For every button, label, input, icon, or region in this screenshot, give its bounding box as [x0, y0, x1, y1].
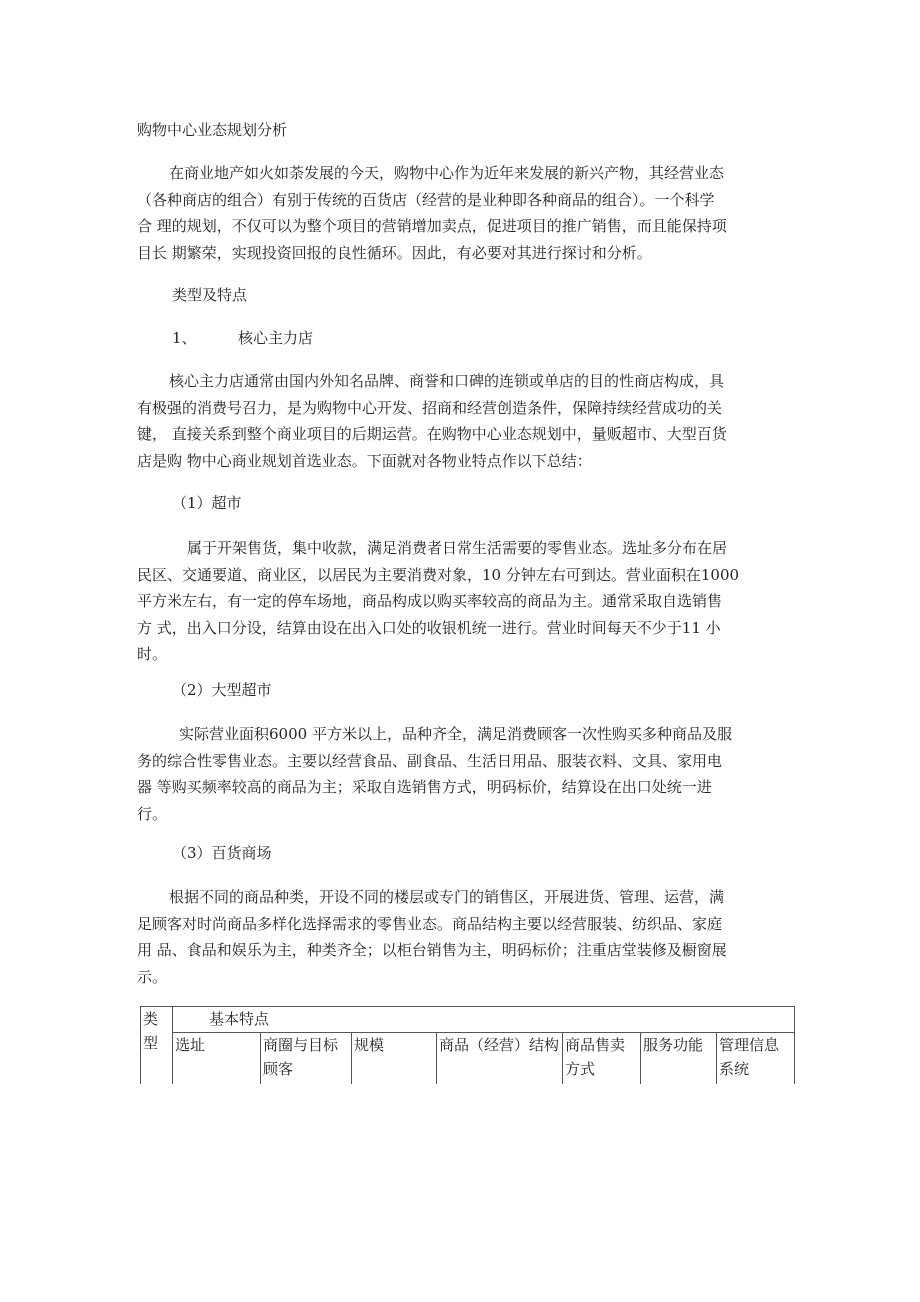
core-store-paragraph: 核心主力店通常由国内外知名品牌、商誉和口碑的连锁或单店的目的性商店构成，具 有极… — [137, 368, 787, 474]
column-header: 商品（经营）结构 — [437, 1032, 563, 1087]
text-line: 用 品、食品和娱乐为主，种类齐全；以柜台销售为主，明码标价；注重店堂装修及橱窗展 — [137, 937, 787, 964]
text-line: 合 理的规划，不仅可以为整个项目的营销增加卖点，促进项目的推广销售，而且能保持项 — [137, 213, 787, 240]
features-table: 类型 基本特点 选址 商圈与目标顾客 规模 商品（经营）结构 商品售卖方式 服务… — [140, 1006, 795, 1088]
subsection-number: 1、 — [172, 325, 197, 351]
column-header: 规模 — [352, 1032, 437, 1087]
text-line: 务的综合性零售业态。主要以经营食品、副食品、生活日用品、服装衣料、文具、家用电 — [137, 748, 787, 775]
text-line: 有极强的消费号召力，是为购物中心开发、招商和经营创造条件，保障持续经营成功的关 — [137, 395, 787, 422]
text-line: 店是购 物中心商业规划首选业态。下面就对各物业特点作以下总结： — [137, 448, 787, 475]
text-line: 核心主力店通常由国内外知名品牌、商誉和口碑的连锁或单店的目的性商店构成，具 — [137, 368, 787, 395]
hypermarket-paragraph: 实际营业面积6000 平方米以上，品种齐全，满足消费顾客一次性购买多种商品及服 … — [137, 721, 787, 827]
column-header: 商圈与目标顾客 — [261, 1032, 352, 1087]
department-store-paragraph: 根据不同的商品种类，开设不同的楼层或专门的销售区，开展进货、管理、运营，满 足顾… — [137, 884, 787, 990]
type-header-cell: 类型 — [141, 1007, 173, 1088]
text-line: 属于开架售货，集中收款，满足消费者日常生活需要的零售业态。选址多分布在居 — [137, 535, 787, 562]
item-heading-hypermarket: （2）大型超市 — [172, 677, 272, 703]
text-line: 行。 — [137, 801, 787, 828]
intro-paragraph: 在商业地产如火如荼发展的今天，购物中心作为近年来发展的新兴产物，其经营业态 （各… — [137, 160, 787, 266]
group-header-cell: 基本特点 — [173, 1007, 795, 1033]
text-line: 根据不同的商品种类，开设不同的楼层或专门的销售区，开展进货、管理、运营，满 — [137, 884, 787, 911]
text-line: 器 等购买频率较高的商品为主；采取自选销售方式，明码标价，结算设在出口处统一进 — [137, 774, 787, 801]
text-line: 实际营业面积6000 平方米以上，品种齐全，满足消费顾客一次性购买多种商品及服 — [137, 721, 787, 748]
column-header: 服务功能 — [641, 1032, 717, 1087]
text-line: 平方米左右，有一定的停车场地，商品构成以购买率较高的商品为主。通常采取自选销售 — [137, 588, 787, 615]
table-column-row: 选址 商圈与目标顾客 规模 商品（经营）结构 商品售卖方式 服务功能 管理信息系… — [141, 1032, 795, 1087]
table-header-row: 类型 基本特点 — [141, 1007, 795, 1033]
column-header: 商品售卖方式 — [563, 1032, 641, 1087]
text-line: 时。 — [137, 641, 787, 668]
text-line: 在商业地产如火如荼发展的今天，购物中心作为近年来发展的新兴产物，其经营业态 — [137, 160, 787, 187]
text-line: 民区、交通要道、商业区，以居民为主要消费对象，10 分钟左右可到达。营业面积在1… — [137, 562, 787, 589]
page-cut-overlay — [130, 1084, 810, 1302]
section-heading: 类型及特点 — [172, 282, 247, 308]
supermarket-paragraph: 属于开架售货，集中收款，满足消费者日常生活需要的零售业态。选址多分布在居 民区、… — [137, 535, 787, 668]
column-header: 选址 — [173, 1032, 261, 1087]
subsection-title: 核心主力店 — [238, 325, 313, 351]
item-heading-department-store: （3）百货商场 — [172, 840, 272, 866]
text-line: 示。 — [137, 964, 787, 991]
text-line: 键， 直接关系到整个商业项目的后期运营。在购物中心业态规划中，量贩超市、大型百货 — [137, 421, 787, 448]
text-line: 方 式，出入口分设，结算由设在出入口处的收银机统一进行。营业时间每天不少于11 … — [137, 615, 787, 642]
text-line: （各种商店的组合）有别于传统的百货店（经营的是业种即各种商品的组合）。一个科学 — [137, 187, 787, 214]
document-title: 购物中心业态规划分析 — [137, 117, 287, 143]
item-heading-supermarket: （1）超市 — [172, 490, 242, 516]
document-page: 购物中心业态规划分析 在商业地产如火如荼发展的今天，购物中心作为近年来发展的新兴… — [0, 0, 920, 1302]
column-header: 管理信息系统 — [717, 1032, 795, 1087]
text-line: 目长 期繁荣，实现投资回报的良性循环。因此，有必要对其进行探讨和分析。 — [137, 240, 787, 267]
text-line: 足顾客对时尚商品多样化选择需求的零售业态。商品结构主要以经营服装、纺织品、家庭 — [137, 911, 787, 938]
